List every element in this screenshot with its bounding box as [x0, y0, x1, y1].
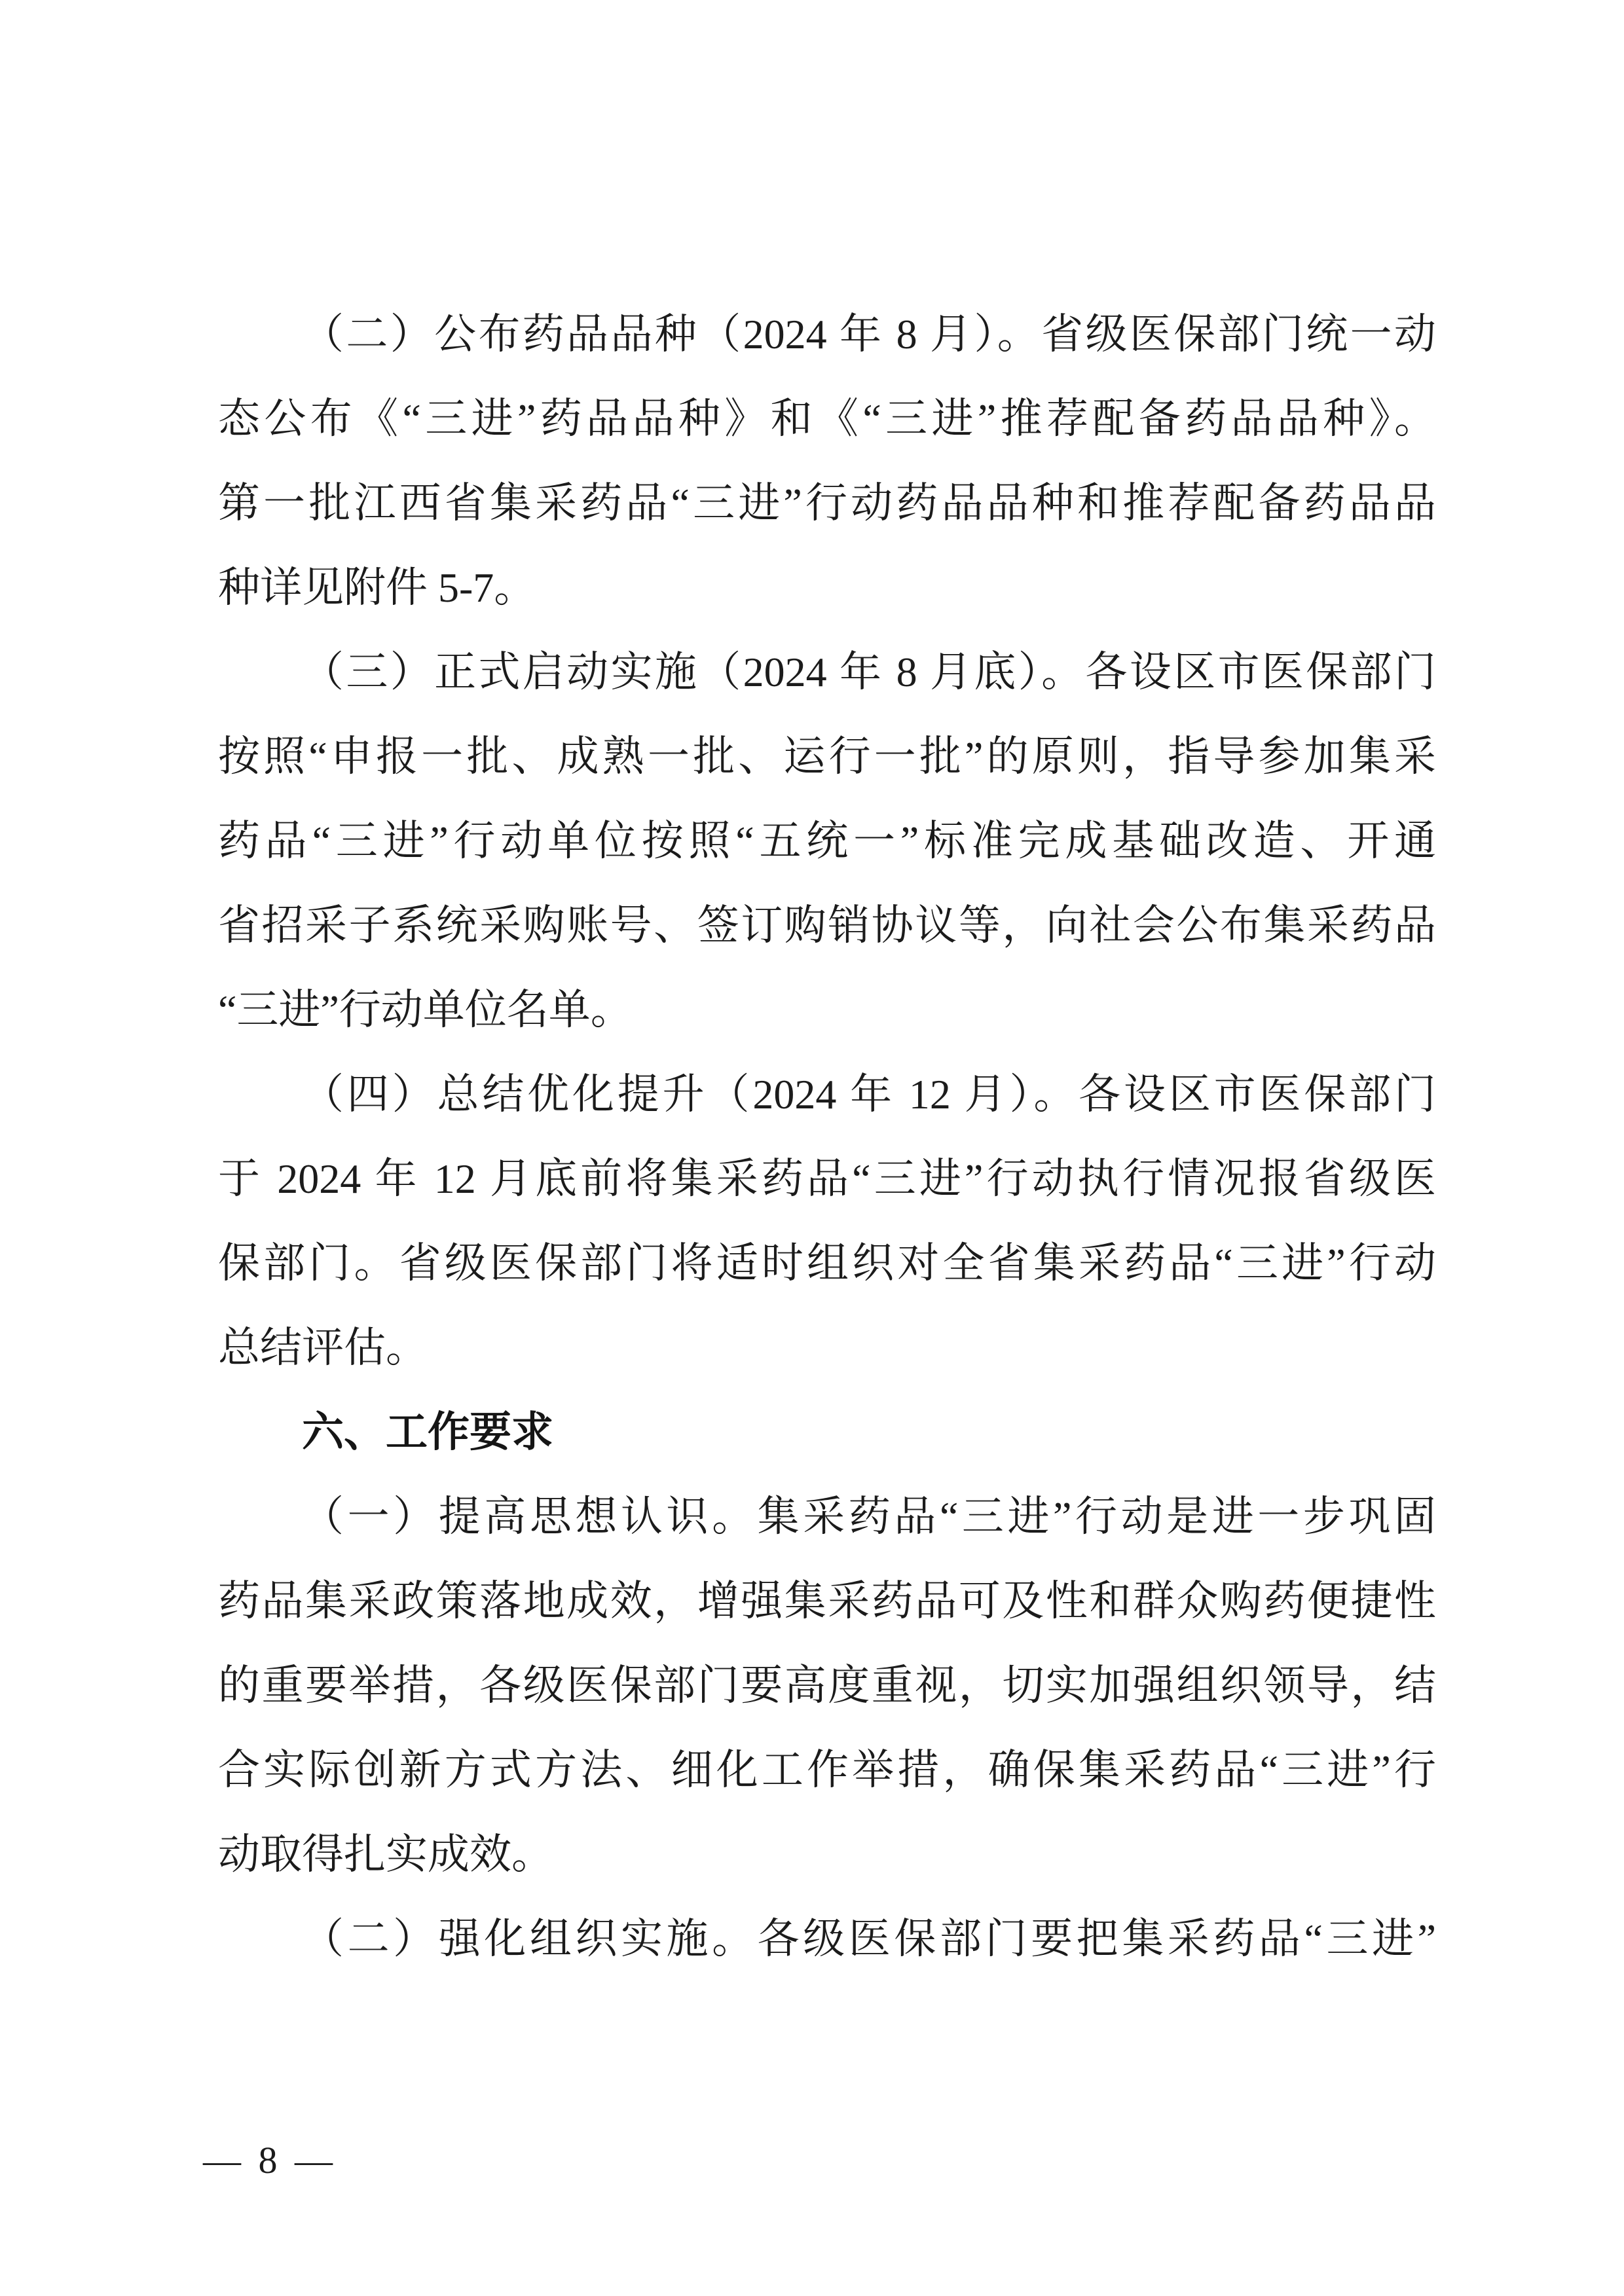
doc-line: 保部门。省级医保部门将适时组织对全省集采药品“三进”行动: [218, 1221, 1436, 1305]
doc-line: 第一批江西省集采药品“三进”行动药品品种和推荐配备药品品: [218, 461, 1436, 545]
doc-line: 的重要举措，各级医保部门要高度重视，切实加强组织领导，结: [218, 1643, 1436, 1728]
doc-line: （二）强化组织实施。各级医保部门要把集采药品“三进”: [218, 1897, 1436, 1981]
doc-line: 动取得扎实成效。: [218, 1812, 1436, 1897]
document-page: （二）公布药品品种（2024 年 8 月）。省级医保部门统一动 态公布《“三进”…: [0, 0, 1624, 2296]
doc-line: 总结评估。: [218, 1305, 1436, 1390]
document-body: （二）公布药品品种（2024 年 8 月）。省级医保部门统一动 态公布《“三进”…: [218, 292, 1436, 1981]
doc-line: 合实际创新方式方法、细化工作举措，确保集采药品“三进”行: [218, 1728, 1436, 1812]
doc-line: 省招采子系统采购账号、签订购销协议等，向社会公布集采药品: [218, 883, 1436, 968]
doc-line: （三）正式启动实施（2024 年 8 月底）。各设区市医保部门: [218, 630, 1436, 714]
doc-line: 种详见附件 5-7。: [218, 545, 1436, 630]
doc-line: “三进”行动单位名单。: [218, 968, 1436, 1052]
doc-line: （四）总结优化提升（2024 年 12 月）。各设区市医保部门: [218, 1052, 1436, 1137]
doc-line: 于 2024 年 12 月底前将集采药品“三进”行动执行情况报省级医: [218, 1137, 1436, 1221]
section-heading: 六、工作要求: [218, 1390, 1436, 1474]
doc-line: 按照“申报一批、成熟一批、运行一批”的原则，指导参加集采: [218, 714, 1436, 799]
doc-line: （一）提高思想认识。集采药品“三进”行动是进一步巩固: [218, 1474, 1436, 1559]
doc-line: 药品集采政策落地成效，增强集采药品可及性和群众购药便捷性: [218, 1559, 1436, 1643]
page-number: — 8 —: [203, 2129, 337, 2192]
doc-line: （二）公布药品品种（2024 年 8 月）。省级医保部门统一动: [218, 292, 1436, 376]
doc-line: 药品“三进”行动单位按照“五统一”标准完成基础改造、开通: [218, 799, 1436, 883]
doc-line: 态公布《“三进”药品品种》和《“三进”推荐配备药品品种》。: [218, 376, 1436, 461]
